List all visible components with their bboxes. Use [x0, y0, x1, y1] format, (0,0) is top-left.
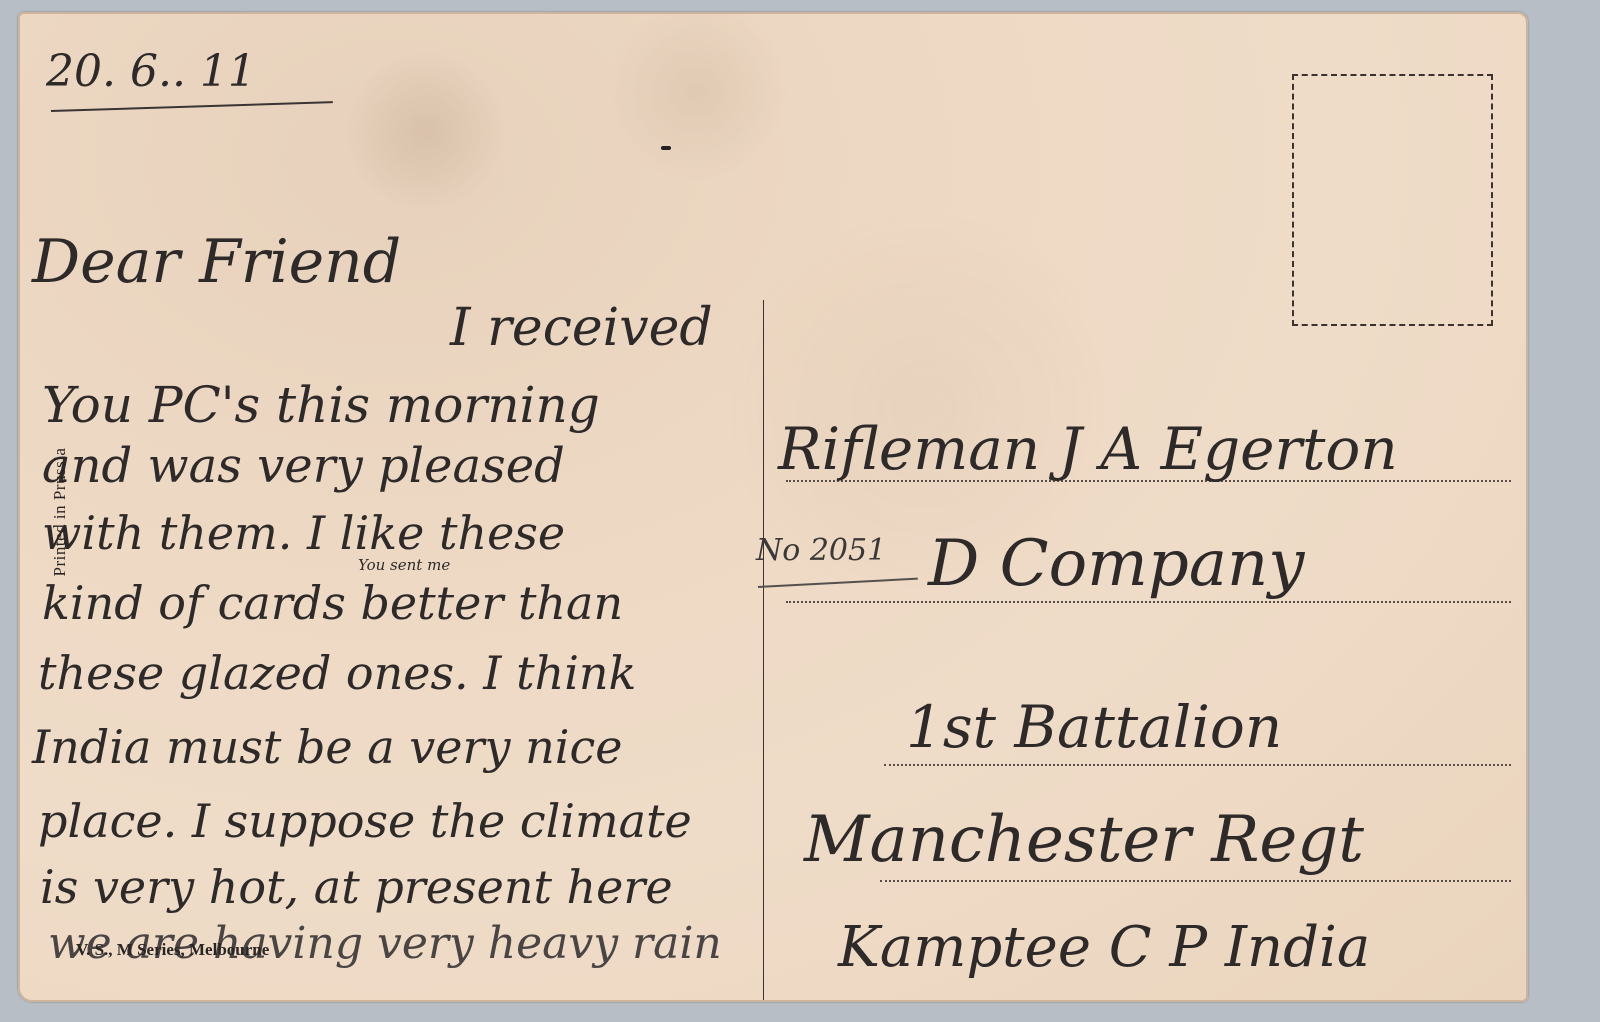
address-line-rule-4 [880, 880, 1511, 882]
service-number: No 2051 [756, 536, 886, 566]
address-company: D Company [928, 532, 1304, 596]
address-location: Kamptee C P India [838, 920, 1370, 976]
address-line-rule-3 [884, 764, 1511, 766]
address-line-rule-2 [786, 601, 1511, 603]
address-name: Rifleman J A Egerton [778, 420, 1398, 478]
ink-dash [661, 146, 671, 150]
postcard: 20. 6.. 11 Dear Friend I received You PC… [18, 12, 1528, 1002]
printed-in-prussia: Printed in Prussia [50, 432, 70, 592]
message-line-9: is very hot, at present here [40, 864, 673, 910]
message-line-8: place. I suppose the climate [38, 798, 692, 844]
address-battalion: 1st Battalion [906, 698, 1282, 756]
message-line-6: these glazed ones. I think [38, 650, 636, 696]
date: 20. 6.. 11 [46, 50, 256, 94]
date-underline [51, 101, 333, 112]
message-line-1: I received [450, 302, 713, 354]
message-line-4: with them. I like these [42, 510, 565, 556]
stamp-box [1292, 74, 1493, 326]
message-line-2: You PC's this morning [42, 380, 600, 430]
message-insertion: You sent me [358, 558, 450, 573]
divider-line [763, 300, 764, 1000]
greeting: Dear Friend [32, 232, 401, 292]
publisher-imprint: V. S., M Series, Melbourne [76, 940, 269, 960]
message-line-3: and was very pleased [42, 442, 565, 490]
message-line-7: India must be a very nice [32, 724, 622, 770]
service-number-underline [758, 578, 918, 588]
address-regiment: Manchester Regt [804, 808, 1364, 872]
message-line-5: kind of cards better than [42, 580, 623, 626]
